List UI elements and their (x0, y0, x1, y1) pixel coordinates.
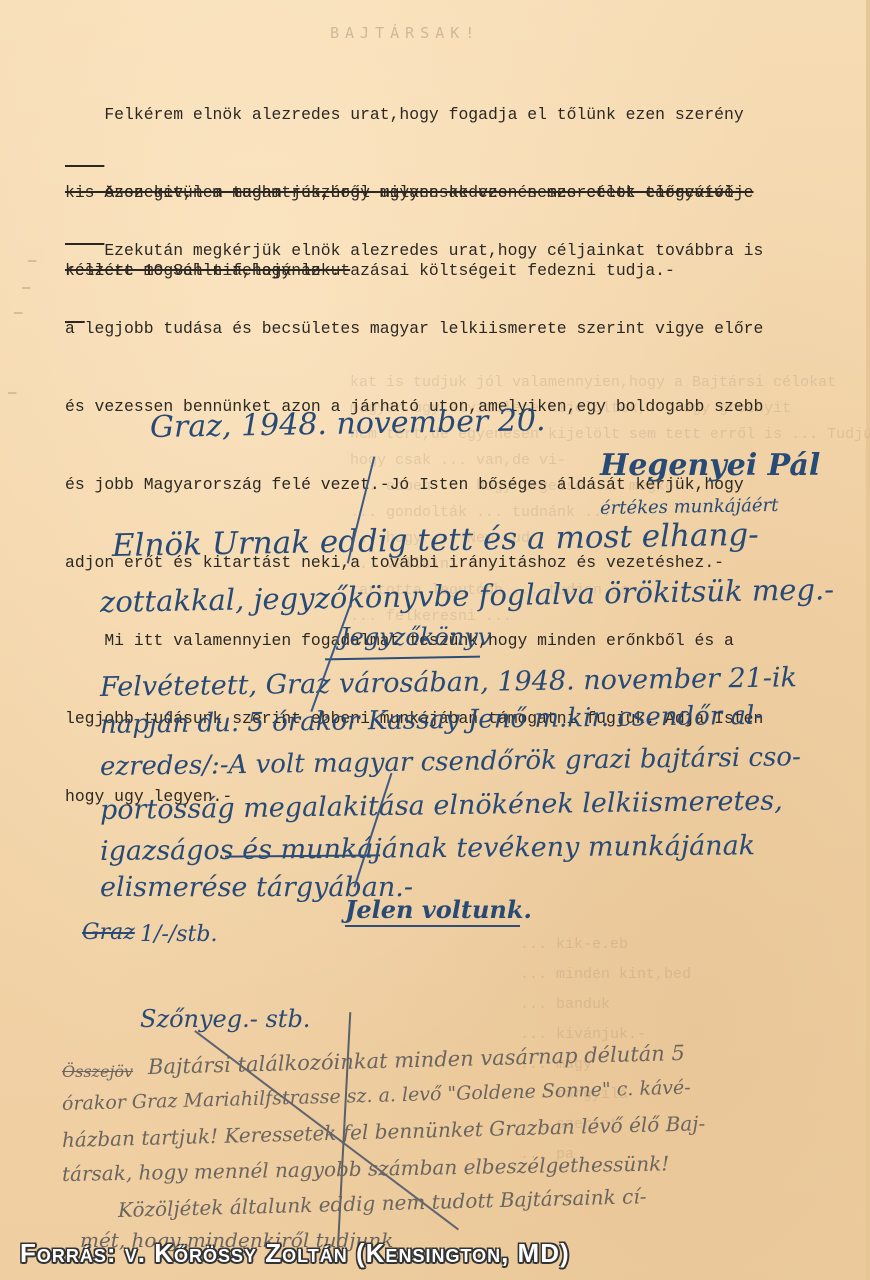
pencil-struck-word: Összejöv (62, 1062, 133, 1081)
margin-mark: – (28, 253, 36, 269)
pencil-line: társak, hogy mennél nagyobb számban elbe… (62, 1151, 670, 1186)
paper-edge (866, 0, 870, 1280)
pencil-line: házban tartjuk! Keressetek fel bennünket… (62, 1111, 706, 1152)
faint-heading: BAJTÁRSAK! (330, 24, 480, 42)
scanned-document-page: BAJTÁRSAK! kat is tudjuk jól valamennyie… (0, 0, 870, 1280)
protocol-heading: Jegyzőkönyv (340, 623, 491, 651)
signatures-etc: Szőnyeg.- stb. (140, 1005, 310, 1033)
handwritten-closing: Jelen voltunk. (345, 895, 532, 924)
typed-line: Felkérem elnök alezredes urat,hogy fogad… (65, 102, 744, 128)
handwritten-signature: Hegenyei Pál (600, 448, 820, 483)
source-caption: Forrás: v. Kőrössy Zoltán (Kensington, M… (20, 1238, 570, 1269)
handwritten-signature-title: értékes munkájáért (600, 495, 779, 519)
typed-line: Ezekután megkérjük elnök alezredes urat,… (65, 238, 763, 264)
margin-mark: – (22, 280, 30, 296)
margin-mark: – (14, 305, 22, 321)
pencil-line: Bajtársi találkozóinkat minden vasárnap … (148, 1041, 685, 1079)
pencil-line: Közöljétek általunk eddig nem tudott Baj… (118, 1184, 647, 1222)
closing-underline (345, 925, 520, 927)
struck-city: Graz (82, 920, 135, 945)
margin-mark: – (8, 385, 16, 401)
pencil-line: órakor Graz Mariahilfstrasse sz. a. levő… (62, 1077, 691, 1115)
typed-line: a legjobb tudása és becsületes magyar le… (65, 316, 763, 342)
place-etc: 1/-/stb. (140, 922, 217, 947)
handwritten-date-line: Graz, 1948. november 20. (150, 403, 546, 445)
protocol-line: igazságos és munkájának tevékeny munkájá… (100, 830, 755, 867)
